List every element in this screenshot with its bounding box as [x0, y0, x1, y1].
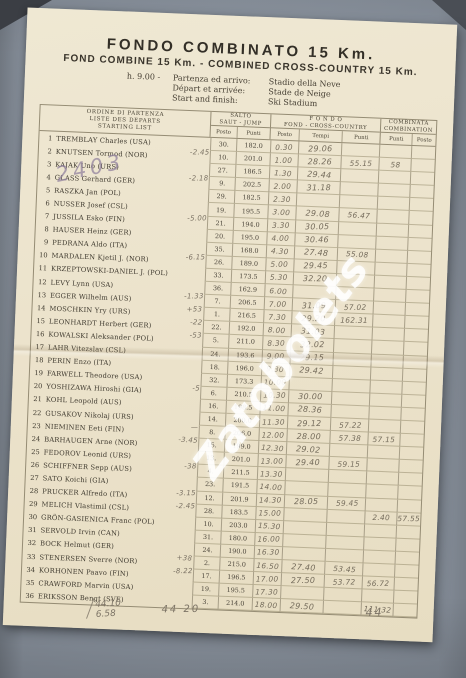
athlete-name: PERIN Enzo (ITA)	[47, 357, 111, 368]
start-number: 19	[30, 369, 43, 378]
combinata-punti-cell	[366, 459, 398, 473]
start-number: 16	[31, 330, 44, 339]
athlete-name: SERVOLD Irvin (CAN)	[40, 527, 120, 538]
salto-punti-cell: 215.0	[219, 558, 253, 572]
salto-punti-cell: 198.5	[225, 401, 259, 415]
salto-punti-cell: 186.5	[235, 165, 269, 179]
fondo-start-cell: 17.00	[252, 572, 280, 586]
combinata-posto-cell	[399, 434, 423, 448]
start-number: 4	[38, 173, 51, 182]
salto-punti-cell: 201.0	[235, 152, 269, 166]
start-number: 5	[37, 186, 50, 195]
combinata-posto-cell	[409, 198, 433, 212]
handwritten-note: -8.22	[172, 567, 192, 576]
combinata-punti-cell	[375, 249, 407, 263]
salto-punti-cell: 189.0	[231, 257, 265, 271]
fondo-start-cell: 4.00	[266, 232, 294, 246]
start-number: 36	[21, 591, 34, 600]
salto-posto-cell: 9.	[209, 177, 235, 191]
combinata-punti-cell	[363, 550, 395, 564]
salto-posto-cell: 35.	[206, 243, 232, 257]
fondo-start-cell: 14.30	[256, 494, 284, 508]
fondo-start-cell: 13.30	[257, 467, 285, 481]
athlete-name: LAHR Vitezslav (CSL)	[48, 344, 126, 355]
fondo-start-cell: 16.00	[254, 533, 282, 547]
combinata-punti-cell	[362, 563, 394, 577]
salto-punti-cell: 199.0	[224, 440, 258, 454]
fondo-punti-header: Punti	[342, 131, 380, 144]
combinata-punti-cell	[378, 171, 410, 185]
athlete-name: GUSAKOV Nikolaj (URS)	[45, 409, 134, 421]
start-number: 6	[37, 199, 50, 208]
athlete-name: HAUSER Heinz (GER)	[53, 226, 132, 237]
combinata-posto-cell	[406, 264, 430, 278]
start-number: 24	[27, 434, 40, 443]
fondo-start-cell: 3.00	[267, 206, 295, 220]
combinata-punti-cell	[367, 446, 399, 460]
salto-punti-cell: 182.0	[236, 139, 270, 153]
salto-punti-cell: 173.3	[226, 374, 260, 388]
fondo-start-cell: 15.00	[255, 507, 283, 521]
salto-punti-cell: 194.0	[233, 217, 267, 231]
salto-punti-cell: 206.0	[224, 427, 258, 441]
salto-punti-cell: 200.0	[225, 414, 259, 428]
combinata-punti-cell	[374, 262, 406, 276]
fondo-start-cell: 5.30	[264, 271, 292, 285]
athlete-name: NIEMINEN Eeti (FIN)	[45, 422, 125, 433]
combinata-posto-cell	[397, 486, 421, 500]
salto-posto-cell: 22.	[203, 321, 229, 335]
combinata-punti-cell	[379, 145, 411, 159]
combinata-punti-cell	[369, 393, 401, 407]
salto-posto-cell: 7.	[204, 295, 230, 309]
combinata-punti-cell	[369, 406, 401, 420]
combinata-posto-cell	[398, 460, 422, 474]
start-number: 31	[23, 526, 36, 535]
fondo-start-cell: 0.30	[270, 140, 298, 154]
salto-punti-cell: 202.5	[234, 178, 268, 192]
handwritten-note: -5.00	[187, 214, 207, 223]
footer-note-middle: 44 20	[161, 604, 200, 615]
athlete-name: SATO Koichi (GIA)	[43, 474, 109, 485]
handwritten-note: -2.18	[188, 174, 208, 183]
combinata-posto-cell	[405, 290, 429, 304]
combinata-posto-cell	[403, 355, 427, 369]
start-number: 30	[24, 513, 37, 522]
salto-posto-cell: 24.	[202, 347, 228, 361]
combinata-punti-cell	[363, 537, 395, 551]
fondo-start-cell: 10.00	[260, 376, 288, 390]
athlete-name: STENERSEN Sverre (NOR)	[39, 553, 137, 565]
handwritten-note: -6.15	[185, 253, 205, 262]
fondo-tempi-header: Tempi	[298, 129, 342, 142]
combinata-punti-cell	[376, 210, 408, 224]
athlete-name: TREMBLAY Charles (USA)	[56, 134, 151, 146]
combinata-posto-cell	[405, 303, 429, 317]
salto-posto-cell: 13.	[197, 452, 223, 466]
combinata-posto-cell	[402, 368, 426, 382]
combinata-punti-cell	[361, 590, 393, 604]
combinata-punti-cell	[368, 419, 400, 433]
start-number: 35	[21, 578, 34, 587]
combinata-posto-cell	[407, 251, 431, 265]
fondo-group-header: F O N D O FOND - CROSS-COUNTRY Posto Tem…	[269, 114, 380, 143]
combinata-punti-cell: 2.40	[364, 511, 396, 525]
combinata-posto-cell	[397, 499, 421, 513]
start-number: 33	[22, 552, 35, 561]
salto-punti-cell: 195.5	[233, 204, 267, 218]
combinata-punti-cell	[370, 380, 402, 394]
salto-posto-cell: 12.	[196, 491, 222, 505]
combinata-punti-cell	[372, 328, 404, 342]
combinata-punti-cell	[377, 197, 409, 211]
salto-posto-cell: 30.	[210, 138, 236, 152]
salto-posto-cell: 31.	[194, 530, 220, 544]
combinata-posto-cell	[395, 552, 419, 566]
salto-punti-cell: 180.0	[220, 531, 254, 545]
salto-posto-cell: 33.	[205, 269, 231, 283]
start-number: 10	[34, 251, 47, 260]
salto-posto-cell: 16.	[200, 400, 226, 414]
fondo-start-cell: 9.30	[261, 363, 289, 377]
combinata-posto-cell	[393, 591, 417, 605]
athlete-name: KORHONEN Paavo (FIN)	[39, 566, 129, 578]
start-number: 21	[29, 395, 42, 404]
combinata-punti-cell: 58	[379, 158, 411, 172]
fondo-start-cell: 2.00	[268, 180, 296, 194]
combinata-punti-cell	[378, 184, 410, 198]
fondo-start-cell: 3.30	[267, 219, 295, 233]
salto-punti-cell: 203.0	[221, 518, 255, 532]
salto-group-header: SALTO SAUT - JUMP Posto Punti	[210, 112, 271, 139]
combinata-punti-cell	[373, 289, 405, 303]
salto-posto-cell: 27.	[209, 164, 235, 178]
start-number: 11	[34, 264, 47, 273]
combinata-punti-header: Punti	[380, 133, 412, 145]
salto-punti-cell: 190.0	[220, 545, 254, 559]
salto-posto-cell: 8.	[199, 426, 225, 440]
combinata-posto-cell	[406, 277, 430, 291]
fondo-start-cell: 1.30	[269, 166, 297, 180]
combinata-punti-cell: 56.72	[362, 576, 394, 590]
salto-posto-cell: 14.	[199, 413, 225, 427]
combinata-punti-cell	[370, 367, 402, 381]
handwritten-note: -38	[184, 462, 197, 470]
salto-posto-cell: 2.	[193, 557, 219, 571]
fondo-start-cell: 8.00	[262, 323, 290, 337]
handwritten-note: -3.15	[176, 488, 196, 497]
athlete-name: NUSSER Josef (CSL)	[54, 200, 128, 211]
start-number: 3	[38, 160, 51, 169]
salto-posto-cell: 24.	[194, 543, 220, 557]
athlete-name: YOSHIZAWA Hiroshi (GIA)	[46, 383, 142, 395]
combinata-posto-cell	[409, 185, 433, 199]
salto-posto-cell: 15.	[198, 439, 224, 453]
salto-posto-cell: 18.	[201, 360, 227, 374]
combinata-posto-cell	[408, 224, 432, 238]
salto-posto-cell: 6.	[200, 386, 226, 400]
combinata-punti-cell	[366, 472, 398, 486]
combinata-group-header: COMBINATA COMBINATION Punti Posto	[379, 119, 436, 146]
handwritten-note: +53	[187, 305, 203, 314]
fondo-start-cell: 9.00	[261, 350, 289, 364]
combinata-posto-cell	[398, 473, 422, 487]
athlete-name: MOSCHKIN Yry (URS)	[49, 304, 130, 315]
fondo-start-cell: 11.00	[259, 402, 287, 416]
salto-punti-cell: 211.0	[228, 335, 262, 349]
combinata-posto-cell	[401, 381, 425, 395]
fondo-start-cell: 13.00	[257, 454, 285, 468]
athlete-name: RASZKA Jan (POL)	[54, 187, 121, 198]
athlete-name: BARHAUGEN Arne (NOR)	[44, 435, 138, 447]
salto-posto-cell: 21.	[207, 216, 233, 230]
start-number: 17	[31, 343, 44, 352]
handwritten-note: -2.45	[189, 148, 209, 157]
start-number: 18	[30, 356, 43, 365]
fondo-start-cell: 2.30	[268, 193, 296, 207]
fondo-start-cell: 1.00	[269, 153, 297, 167]
handwritten-note: +38	[177, 554, 193, 563]
combinata-posto-cell	[401, 395, 425, 409]
combinata-punti-cell	[374, 276, 406, 290]
combinata-punti-cell	[372, 315, 404, 329]
athlete-name: PRUCKER Alfredo (ITA)	[42, 488, 128, 499]
handwritten-note: -53	[189, 332, 202, 340]
fondo-start-cell: 18.00	[251, 598, 279, 612]
combinata-posto-cell	[411, 146, 435, 160]
salto-punti-cell: 211.5	[223, 466, 257, 480]
athlete-name: JUSSILA Esko (FIN)	[53, 213, 125, 224]
handwritten-note: -2.45	[175, 501, 195, 510]
table-body: 1TREMBLAY Charles (USA)30.182.00.3029.06…	[21, 131, 436, 618]
salto-punti-cell: 183.5	[221, 505, 255, 519]
fondo-start-cell: 7.00	[263, 297, 291, 311]
salto-punti-cell: 216.5	[229, 309, 263, 323]
combinata-posto-cell	[400, 421, 424, 435]
handwritten-note: -1.33	[183, 292, 203, 301]
start-number: 2	[39, 147, 52, 156]
combinata-punti-cell	[364, 524, 396, 538]
start-number: 34	[22, 565, 35, 574]
start-number: 15	[32, 317, 45, 326]
start-number: 28	[25, 487, 38, 496]
salto-posto-cell: 29.	[208, 190, 234, 204]
salto-posto-cell: 10.	[195, 517, 221, 531]
combinata-punti-cell	[373, 302, 405, 316]
combinata-punti-cell	[371, 341, 403, 355]
combinata-posto-cell: 57.55	[396, 512, 420, 526]
start-number: 29	[24, 500, 37, 509]
salto-posto-cell: 5.	[202, 334, 228, 348]
combinata-posto-cell	[400, 408, 424, 422]
athlete-name: MELICH Vlastimil (CSL)	[41, 501, 129, 513]
start-number: 25	[27, 448, 40, 457]
combinata-punti-cell	[375, 236, 407, 250]
fondo-start-cell: 6.00	[264, 284, 292, 298]
salto-punti-cell: 162.9	[230, 283, 264, 297]
fondo-start-cell: 7.30	[263, 310, 291, 324]
athlete-name: LEVY Lynn (USA)	[50, 278, 113, 289]
salto-posto-cell: 1.	[203, 308, 229, 322]
fondo-start-cell: 11.30	[259, 415, 287, 429]
salto-punti-cell: 182.5	[234, 191, 268, 205]
salto-posto-cell: 20.	[206, 229, 232, 243]
combinata-posto-cell	[410, 159, 434, 173]
athlete-name: KOHL Leopold (AUS)	[46, 396, 122, 407]
fondo-start-cell: 16.30	[253, 546, 281, 560]
fondo-start-cell: 4.30	[266, 245, 294, 259]
salto-punti-cell: 192.0	[229, 322, 263, 336]
start-number: 13	[33, 291, 46, 300]
fondo-start-cell: 17.30	[252, 585, 280, 599]
start-number: 14	[32, 304, 45, 313]
combinata-punti-cell	[376, 223, 408, 237]
start-number: 23	[28, 421, 41, 430]
fondo-start-cell: 12.30	[258, 441, 286, 455]
photo-background: { "watermark": "Zatobolets", "pencil_top…	[0, 0, 466, 678]
handwritten-note: -5	[192, 384, 200, 392]
salto-posto-cell: 23.	[196, 478, 222, 492]
salto-posto-cell: 26.	[205, 256, 231, 270]
salto-punti-cell: 201.0	[223, 453, 257, 467]
combinata-posto-cell	[410, 172, 434, 186]
athlete-name: CRAWFORD Marvin (USA)	[38, 579, 133, 591]
fondo-start-cell: 14.00	[256, 480, 284, 494]
start-number: 9	[35, 238, 48, 247]
salto-punti-cell: 196.5	[219, 571, 253, 585]
combinata-posto-cell	[407, 238, 431, 252]
salto-posto-cell: 17.	[193, 570, 219, 584]
fondo-start-cell: 5.00	[265, 258, 293, 272]
fondo-punti-cell	[323, 601, 361, 616]
combinata-posto-cell	[394, 565, 418, 579]
salto-posto-cell: 28.	[195, 504, 221, 518]
start-number: 26	[26, 461, 39, 470]
salto-posto-cell: 32.	[201, 373, 227, 387]
start-number: 7	[36, 212, 49, 221]
combinata-posto-cell	[403, 342, 427, 356]
start-number: 20	[29, 382, 42, 391]
salto-punti-cell: 214.0	[218, 597, 252, 611]
combinata-posto-cell	[395, 538, 419, 552]
event-info: h. 9.00 - Partenza ed arrivo:Stadio dell…	[172, 73, 455, 114]
salto-posto-header: Posto	[211, 126, 237, 138]
salto-punti-cell: 191.5	[222, 479, 256, 493]
combinata-posto-cell	[404, 329, 428, 343]
athlete-name: MARDALEN Kjetil J. (NOR)	[51, 252, 148, 264]
combinata-punti-cell	[365, 498, 397, 512]
salto-punti-cell: 173.5	[231, 270, 265, 284]
start-number: 32	[23, 539, 36, 548]
fondo-start-cell: 16.50	[253, 559, 281, 573]
start-number: 22	[28, 408, 41, 417]
athlete-name: PEDRANA Aldo (ITA)	[52, 239, 127, 250]
combinata-punti-cell: 57.15	[368, 433, 400, 447]
handwritten-note: -22	[190, 319, 203, 327]
combinata-posto-cell	[404, 316, 428, 330]
combinata-punti-cell	[365, 485, 397, 499]
fondo-start-cell: 12.00	[258, 428, 286, 442]
footer-note-right: 44	[365, 606, 383, 620]
salto-punti-cell: 195.5	[218, 584, 252, 598]
athlete-name: SCHIFFNER Sepp (AUS)	[43, 461, 132, 473]
fondo-start-cell: 15.30	[255, 520, 283, 534]
athlete-name: BOCK Helmut (GER)	[40, 540, 114, 551]
fondo-start-cell: 10.30	[260, 389, 288, 403]
start-number: 27	[26, 474, 39, 483]
combinata-punti-cell	[371, 354, 403, 368]
salto-posto-cell: 36.	[204, 282, 230, 296]
combinata-posto-cell	[396, 525, 420, 539]
salto-punti-cell: 206.5	[230, 296, 264, 310]
combinata-posto-cell	[408, 211, 432, 225]
salto-posto-cell: 19.	[207, 203, 233, 217]
combinata-posto-cell	[399, 447, 423, 461]
handwritten-note: -3.45	[178, 436, 198, 445]
combinata-posto-cell	[393, 604, 417, 618]
athlete-name: EGGER Wilhelm (AUS)	[50, 291, 132, 302]
salto-punti-cell: 193.6	[228, 348, 262, 362]
start-number: 1	[39, 134, 52, 143]
salto-punti-cell: 201.9	[222, 492, 256, 506]
document-paper: FONDO COMBINATO 15 Km. FOND COMBINE 15 K…	[3, 7, 457, 642]
fondo-posto-header: Posto	[270, 128, 298, 140]
salto-punti-cell: 168.0	[232, 244, 266, 258]
salto-punti-cell: 195.0	[232, 231, 266, 245]
fondo-tempi-cell: 29.50	[279, 599, 323, 614]
salto-punti-cell: 210.5	[226, 388, 260, 402]
salto-posto-cell: 4.	[197, 465, 223, 479]
fondo-start-cell: 8.30	[262, 337, 290, 351]
event-time: h. 9.00 -	[127, 71, 161, 82]
salto-punti-header: Punti	[236, 127, 270, 139]
combinata-posto-header: Posto	[412, 134, 436, 146]
start-number: 8	[36, 225, 49, 234]
footer-note-left: 44.10 6.58	[95, 598, 122, 620]
combinata-posto-cell	[394, 578, 418, 592]
start-number: 12	[33, 277, 46, 286]
salto-posto-cell: 19.	[192, 583, 218, 597]
athlete-name: FARWELL Theodore (USA)	[47, 370, 143, 382]
handwritten-note: —	[191, 423, 199, 431]
salto-posto-cell: 10.	[210, 151, 236, 165]
salto-punti-cell: 196.0	[227, 361, 261, 375]
athlete-name: FEDOROV Leonid (URS)	[44, 448, 132, 460]
